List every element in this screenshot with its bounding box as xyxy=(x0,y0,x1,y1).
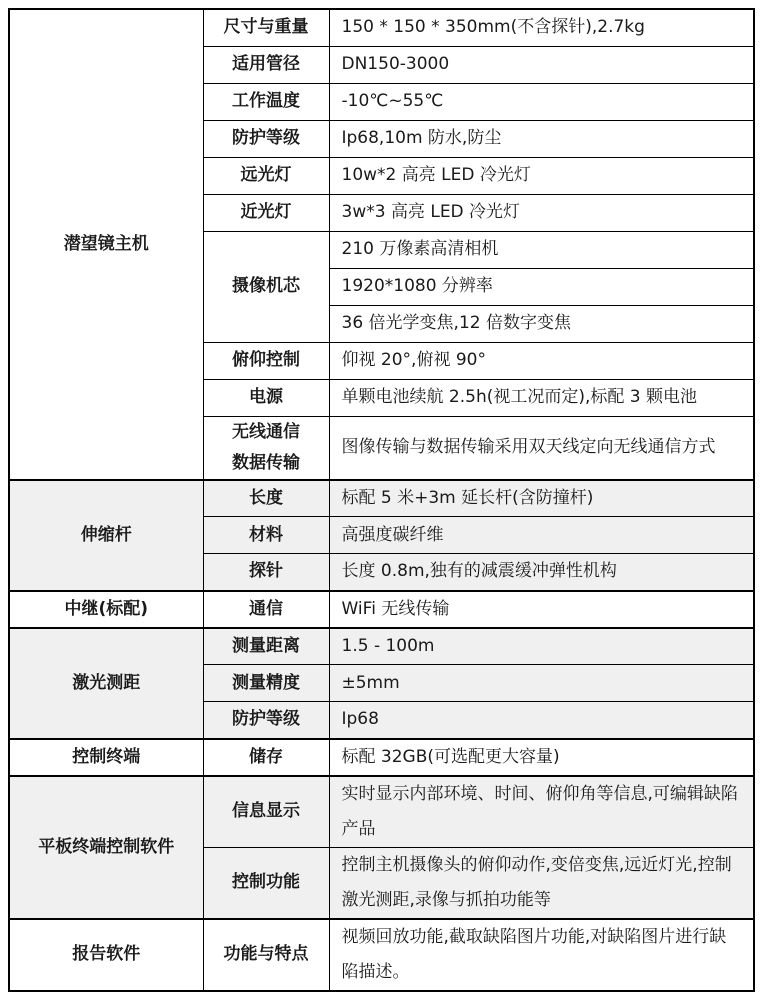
value-cell-low-beam: 3w*3 高亮 LED 冷光灯 xyxy=(329,194,754,231)
category-cell-laser-ranging: 激光测距 xyxy=(9,628,203,739)
param-cell-communication: 通信 xyxy=(203,591,329,628)
param-cell-protection-rating: 防护等级 xyxy=(203,120,329,157)
value-cell-camera-resolution: 1920*1080 分辨率 xyxy=(329,268,754,305)
value-cell-communication: WiFi 无线传输 xyxy=(329,591,754,628)
spec-table: 潜望镜主机 尺寸与重量 150 * 150 * 350mm(不含探针),2.7k… xyxy=(8,8,755,992)
value-cell-length: 标配 5 米+3m 延长杆(含防撞杆) xyxy=(329,480,754,517)
value-cell-laser-protection: Ip68 xyxy=(329,702,754,739)
value-cell-camera-megapixel: 210 万像素高清相机 xyxy=(329,231,754,268)
param-cell-size-weight: 尺寸与重量 xyxy=(203,9,329,46)
param-cell-camera-core: 摄像机芯 xyxy=(203,231,329,342)
param-cell-material: 材料 xyxy=(203,517,329,554)
category-cell-periscope: 潜望镜主机 xyxy=(9,9,203,480)
param-cell-length: 长度 xyxy=(203,480,329,517)
value-cell-tilt-control: 仰视 20°,俯视 90° xyxy=(329,342,754,379)
value-cell-camera-zoom: 36 倍光学变焦,12 倍数字变焦 xyxy=(329,305,754,342)
value-cell-pipe-diameter: DN150-3000 xyxy=(329,46,754,83)
param-cell-storage: 储存 xyxy=(203,739,329,776)
value-cell-size-weight: 150 * 150 * 350mm(不含探针),2.7kg xyxy=(329,9,754,46)
category-cell-tablet-software: 平板终端控制软件 xyxy=(9,776,203,919)
value-cell-high-beam: 10w*2 高亮 LED 冷光灯 xyxy=(329,157,754,194)
param-cell-probe: 探针 xyxy=(203,554,329,591)
param-cell-info-display: 信息显示 xyxy=(203,776,329,848)
value-cell-measure-accuracy: ±5mm xyxy=(329,665,754,702)
param-cell-laser-protection: 防护等级 xyxy=(203,702,329,739)
param-cell-low-beam: 近光灯 xyxy=(203,194,329,231)
spec-sheet-page: 潜望镜主机 尺寸与重量 150 * 150 * 350mm(不含探针),2.7k… xyxy=(0,0,761,994)
value-cell-work-temp: -10℃~55℃ xyxy=(329,83,754,120)
value-cell-material: 高强度碳纤维 xyxy=(329,517,754,554)
category-cell-relay: 中继(标配) xyxy=(9,591,203,628)
param-cell-work-temp: 工作温度 xyxy=(203,83,329,120)
category-cell-control-terminal: 控制终端 xyxy=(9,739,203,776)
value-cell-control-functions: 控制主机摄像头的俯仰动作,变倍变焦,远近灯光,控制激光测距,录像与抓拍功能等 xyxy=(329,847,754,919)
value-cell-measure-distance: 1.5 - 100m xyxy=(329,628,754,665)
category-cell-report-software: 报告软件 xyxy=(9,919,203,991)
param-cell-tilt-control: 俯仰控制 xyxy=(203,342,329,379)
value-cell-info-display: 实时显示内部环境、时间、俯仰角等信息,可编辑缺陷产品 xyxy=(329,776,754,848)
param-cell-high-beam: 远光灯 xyxy=(203,157,329,194)
param-cell-control-functions: 控制功能 xyxy=(203,847,329,919)
param-cell-measure-accuracy: 测量精度 xyxy=(203,665,329,702)
param-cell-power: 电源 xyxy=(203,379,329,416)
value-cell-features: 视频回放功能,截取缺陷图片功能,对缺陷图片进行缺陷描述。 xyxy=(329,919,754,991)
param-cell-wireless-comm: 无线通信 数据传输 xyxy=(203,416,329,480)
param-cell-features: 功能与特点 xyxy=(203,919,329,991)
value-cell-power: 单颗电池续航 2.5h(视工况而定),标配 3 颗电池 xyxy=(329,379,754,416)
param-cell-pipe-diameter: 适用管径 xyxy=(203,46,329,83)
category-cell-telescopic-rod: 伸缩杆 xyxy=(9,480,203,591)
value-cell-storage: 标配 32GB(可选配更大容量) xyxy=(329,739,754,776)
value-cell-probe: 长度 0.8m,独有的减震缓冲弹性机构 xyxy=(329,554,754,591)
param-cell-measure-distance: 测量距离 xyxy=(203,628,329,665)
value-cell-wireless-comm: 图像传输与数据传输采用双天线定向无线通信方式 xyxy=(329,416,754,480)
value-cell-protection-rating: Ip68,10m 防水,防尘 xyxy=(329,120,754,157)
